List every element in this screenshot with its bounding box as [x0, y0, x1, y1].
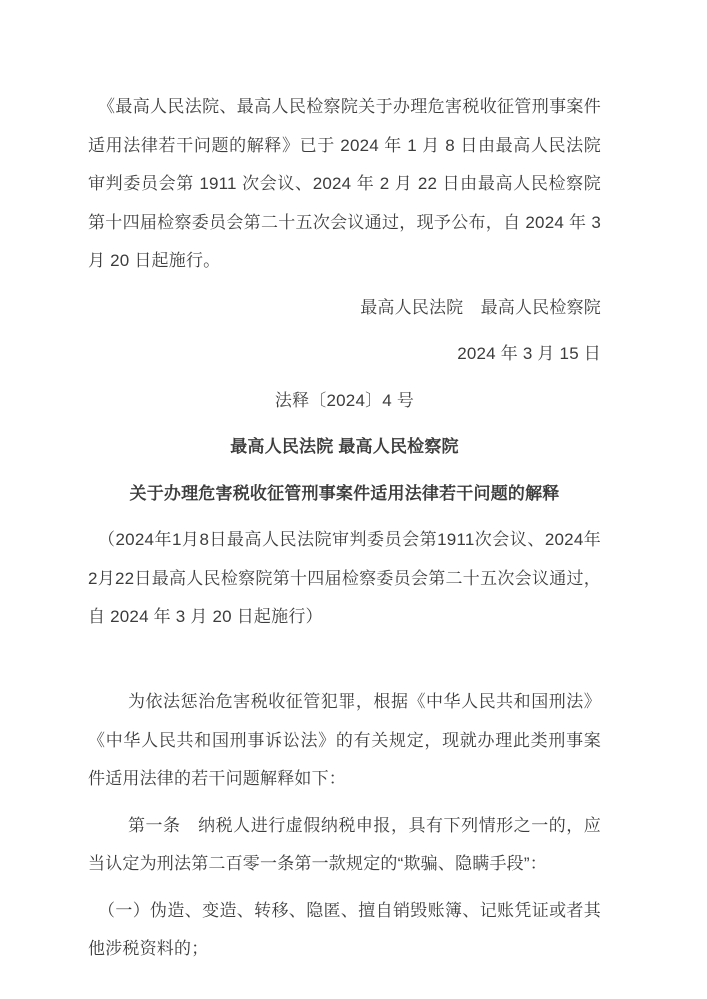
blank-line: [88, 645, 601, 684]
document-page: 《最高人民法院、最高人民检察院关于办理危害税收征管刑事案件适用法律若干问题的解释…: [0, 0, 707, 999]
adoption-note-paragraph: （2024年1月8日最高人民法院审判委员会第1911次会议、2024年2月22日…: [88, 521, 601, 637]
title-subject: 关于办理危害税收征管刑事案件适用法律若干问题的解释: [88, 475, 601, 514]
article-1-item-1: （一）伪造、变造、转移、隐匿、擅自销毁账簿、记账凭证或者其他涉税资料的；: [88, 892, 601, 969]
announcement-paragraph: 《最高人民法院、最高人民检察院关于办理危害税收征管刑事案件适用法律若干问题的解释…: [88, 88, 601, 281]
issue-date: 2024 年 3 月 15 日: [88, 335, 601, 374]
article-1-paragraph: 第一条 纳税人进行虚假纳税申报，具有下列情形之一的，应当认定为刑法第二百零一条第…: [88, 807, 601, 884]
document-number: 法释〔2024〕4 号: [88, 382, 601, 421]
preamble-paragraph: 为依法惩治危害税收征管犯罪，根据《中华人民共和国刑法》《中华人民共和国刑事诉讼法…: [88, 683, 601, 799]
issuing-authorities: 最高人民法院 最高人民检察院: [88, 289, 601, 328]
title-authorities: 最高人民法院 最高人民检察院: [88, 428, 601, 467]
